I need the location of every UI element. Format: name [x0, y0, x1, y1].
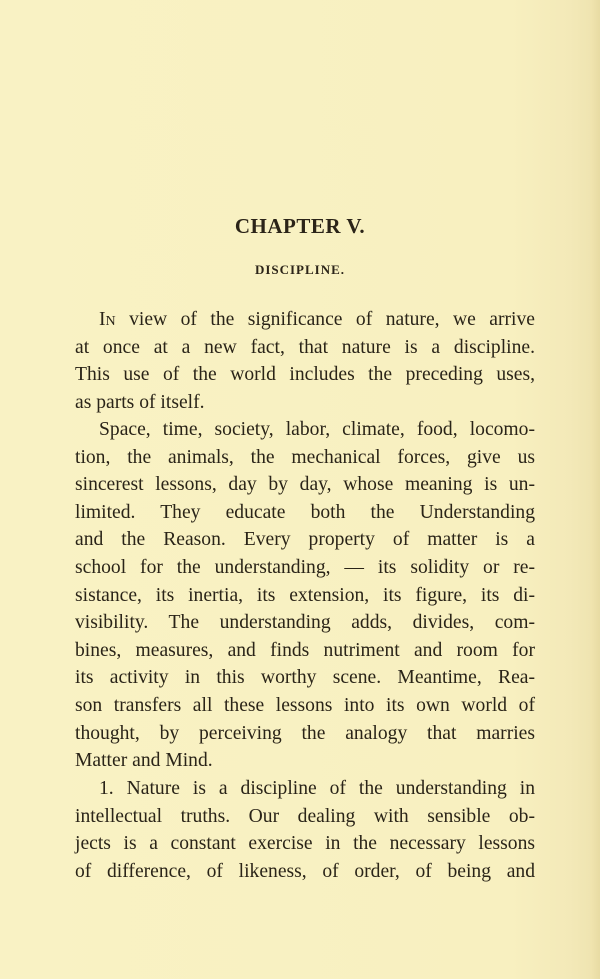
text-line: jects is a constant exercise in the nece…: [75, 830, 535, 858]
chapter-heading: CHAPTER V.: [0, 214, 600, 239]
text-line: limited. They educate both the Understan…: [75, 499, 535, 527]
text-line: Matter and Mind.: [75, 747, 535, 775]
text-line: its activity in this worthy scene. Meant…: [75, 664, 535, 692]
text-line: 1. Nature is a discipline of the underst…: [75, 775, 535, 803]
text-line: as parts of itself.: [75, 389, 535, 417]
text-line: of difference, of likeness, of order, of…: [75, 858, 535, 886]
text-line: Space, time, society, labor, climate, fo…: [75, 416, 535, 444]
chapter-title: DISCIPLINE.: [0, 262, 600, 278]
paragraph-2: Space, time, society, labor, climate, fo…: [75, 416, 535, 775]
text-line: visibility. The understanding adds, divi…: [75, 609, 535, 637]
text-line: school for the understanding, — its soli…: [75, 554, 535, 582]
text-line: at once at a new fact, that nature is a …: [75, 334, 535, 362]
text-line: sincerest lessons, day by day, whose mea…: [75, 471, 535, 499]
text-line: In view of the significance of nature, w…: [75, 306, 535, 334]
text-line: thought, by perceiving the analogy that …: [75, 720, 535, 748]
text-line: This use of the world includes the prece…: [75, 361, 535, 389]
text-line: and the Reason. Every property of matter…: [75, 526, 535, 554]
text-line: bines, measures, and finds nutriment and…: [75, 637, 535, 665]
drop-smallcaps: In: [99, 309, 116, 330]
text-line: sistance, its inertia, its extension, it…: [75, 582, 535, 610]
page-edge-shadow: [590, 0, 600, 979]
paragraph-3: 1. Nature is a discipline of the underst…: [75, 775, 535, 885]
paragraph-1: In view of the significance of nature, w…: [75, 306, 535, 416]
text-line: intellectual truths. Our dealing with se…: [75, 803, 535, 831]
text-line: son transfers all these lessons into its…: [75, 692, 535, 720]
text-line: tion, the animals, the mechanical forces…: [75, 444, 535, 472]
book-page: CHAPTER V. DISCIPLINE. In view of the si…: [0, 0, 600, 979]
